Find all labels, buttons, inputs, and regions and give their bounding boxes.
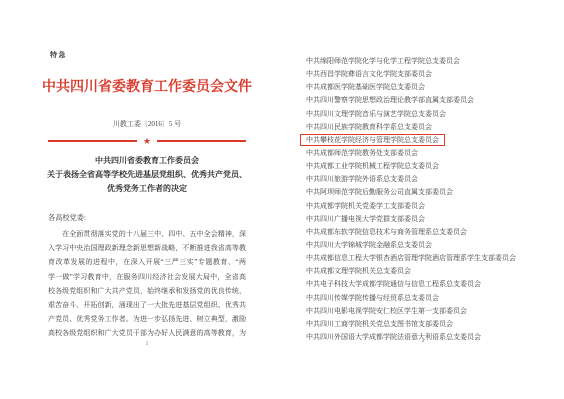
committee-list: 中共绵阳师范学院化学与化学工程学院总支委员会中共西昌学院彝语言文化学院支部委员会… [306, 55, 556, 344]
list-item: 中共四川警察学院思想政治理论教学部直属支部委员会 [306, 94, 556, 107]
body-text-line: 艰苦奋斗、开拓创新，涌现出了一大批先进基层党组织、优秀共 [48, 298, 246, 312]
list-item: 中共四川传媒学院传播与经贸系总支委员会 [306, 292, 556, 305]
list-item: 中共绵阳师范学院化学与化学工程学院总支委员会 [306, 55, 556, 68]
document-title-line: 中共四川省委教育工作委员会 [36, 154, 258, 168]
list-item-text: 中共四川民族学院教育科学系总支委员会 [306, 123, 432, 131]
list-item-text: 中共成都医学院基础医学院总支委员会 [306, 83, 425, 91]
list-item: 中共成都学院机关党委学工支部委员会 [306, 200, 556, 213]
document-page-2: 中共绵阳师范学院化学与化学工程学院总支委员会中共西昌学院彝语言文化学院支部委员会… [282, 0, 564, 399]
list-item: 中共四川文理学院音乐与演艺学院总支委员会 [306, 108, 556, 121]
list-item: 中共四川民族学院教育科学系总支委员会 [306, 121, 556, 134]
list-item: 中共成都工业学院机械工程学院总支委员会 [306, 160, 556, 173]
list-item: 中共成都医学院基础医学院总支委员会 [306, 81, 556, 94]
page-mark-right: * [282, 340, 564, 346]
list-item-text: 中共电子科技大学成都学院通信与信息工程系总支委员会 [306, 280, 481, 288]
list-item: 中共四川工商学院机关党总支图书馆支部委员会 [306, 318, 556, 331]
list-item-text: 中共成都东软学院信息技术与商务管理系总支委员会 [306, 228, 467, 236]
list-item-text: 中共成都工业学院机械工程学院总支委员会 [306, 162, 439, 170]
urgency-label: 特急 [50, 50, 67, 60]
document-number: 川教工委〔2016〕5 号 [48, 119, 246, 129]
divider-rule-left [48, 140, 137, 142]
list-item: 中共西昌学院彝语言文化学院支部委员会 [306, 68, 556, 81]
masthead-title: 中共四川省委教育工作委员会文件 [42, 76, 242, 96]
star-icon: ★ [137, 137, 157, 146]
list-item-text: 中共四川文理学院音乐与演艺学院总支委员会 [306, 110, 446, 118]
star-divider: ★ [48, 135, 246, 147]
list-item-text: 中共四川旅游学院外语系总支委员会 [306, 175, 418, 183]
list-item: 中共成都文理学院机关总支委员会 [306, 265, 556, 278]
list-item: 中共四川电影电视学院安仁校区学生第一支部委员会 [306, 305, 556, 318]
list-item-text: 中共成都学院机关党委学工支部委员会 [306, 202, 425, 210]
list-item-text: 中共西昌学院彝语言文化学院支部委员会 [306, 70, 432, 78]
list-item-text: 中共阿坝师范学院后勤服务公司直属支部委员会 [306, 188, 453, 196]
body-text-line: 产党员、优秀党务工作者。为进一步弘扬先进、树立典型，激励 [48, 312, 246, 326]
document-title: 中共四川省委教育工作委员会关于表扬全省高等学校先进基层党组织、优秀共产党员、优秀… [36, 154, 258, 196]
document-scan: 特急 中共四川省委教育工作委员会文件 川教工委〔2016〕5 号 ★ 中共四川省… [0, 0, 564, 399]
list-item: 中共攀枝花学院经济与管理学院总支委员会 [306, 134, 556, 147]
list-item: 中共阿坝师范学院后勤服务公司直属支部委员会 [306, 186, 556, 199]
list-item: 中共四川大学锦城学院金融系总支委员会 [306, 239, 556, 252]
body-text-line: 在全面贯彻落实党的十八届三中、四中、五中全会精神，深 [48, 227, 246, 241]
document-page-1: 特急 中共四川省委教育工作委员会文件 川教工委〔2016〕5 号 ★ 中共四川省… [0, 0, 282, 399]
list-item: 中共成都师范学院教务处支部委员会 [306, 147, 556, 160]
body-text-line: 学一做”学习教育中，在服务四川经济社会发展大局中，全省高 [48, 270, 246, 284]
list-item-text: 中共四川广播电视大学党群支部委员会 [306, 215, 425, 223]
document-title-line: 关于表扬全省高等学校先进基层党组织、优秀共产党员、 [36, 168, 258, 182]
list-item-text: 中共四川电影电视学院安仁校区学生第一支部委员会 [306, 307, 467, 315]
list-item-text: 中共绵阳师范学院化学与化学工程学院总支委员会 [306, 57, 460, 65]
highlighted-list-item: 中共攀枝花学院经济与管理学院总支委员会 [300, 134, 445, 146]
body-text-line: 入学习中央治国理政新理念新思想新战略，不断推进我省高等教 [48, 241, 246, 255]
list-item-text: 中共四川工商学院机关党总支图书馆支部委员会 [306, 320, 453, 328]
salutation: 各高校党委: [48, 213, 86, 223]
list-item-text: 中共成都信息工程大学银杏酒店管理学院酒店管理系学生支部委员会 [306, 254, 516, 262]
divider-rule-right [157, 140, 246, 142]
list-item: 中共电子科技大学成都学院通信与信息工程系总支委员会 [306, 278, 556, 291]
list-item-text: 中共四川传媒学院传播与经贸系总支委员会 [306, 294, 439, 302]
body-text-line: 校各级党组织和广大共产党员，始终继承和发扬党的优良传统， [48, 284, 246, 298]
document-title-line: 优秀党务工作者的决定 [36, 182, 258, 196]
list-item: 中共四川旅游学院外语系总支委员会 [306, 173, 556, 186]
list-item: 中共四川广播电视大学党群支部委员会 [306, 213, 556, 226]
list-item-text: 中共四川大学锦城学院金融系总支委员会 [306, 241, 432, 249]
body-text-line: 高校各级党组织和广大党员干部为办好人民满意的高等教育，为 [48, 326, 246, 340]
list-item: 中共成都东软学院信息技术与商务管理系总支委员会 [306, 226, 556, 239]
body-paragraph: 在全面贯彻落实党的十八届三中、四中、五中全会精神，深入学习中央治国理政新理念新思… [48, 227, 246, 341]
list-item: 中共成都信息工程大学银杏酒店管理学院酒店管理系学生支部委员会 [306, 252, 556, 265]
body-text-line: 育改革发展的进程中，在深入开展“三严三实”专题教育、“两 [48, 255, 246, 269]
list-item-text: 中共成都师范学院教务处支部委员会 [306, 149, 418, 157]
page-number-left: 1 [48, 341, 246, 347]
list-item-text: 中共四川警察学院思想政治理论教学部直属支部委员会 [306, 96, 474, 104]
list-item-text: 中共成都文理学院机关总支委员会 [306, 267, 411, 275]
